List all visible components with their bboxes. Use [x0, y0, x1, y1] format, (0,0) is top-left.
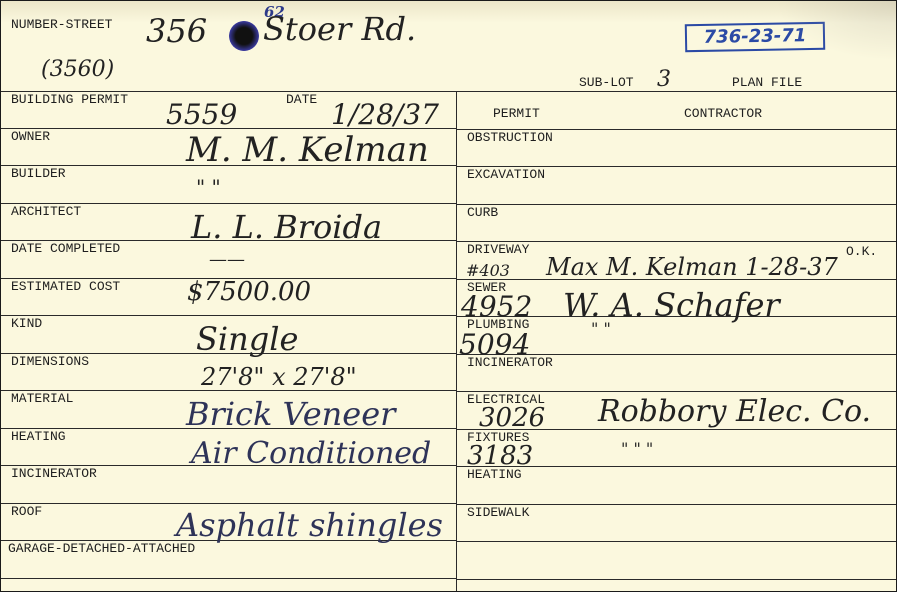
- driveway-label: DRIVEWAY: [467, 243, 529, 257]
- number-street-label: NUMBER-STREET: [11, 18, 112, 32]
- fixtures-contractor-value: " " ": [621, 441, 653, 457]
- row-rule: [1, 503, 456, 504]
- material-value: Brick Veneer: [186, 398, 395, 430]
- row-rule: [1, 578, 456, 579]
- row-rule: [456, 579, 897, 580]
- plumbing-permit-value: 5094: [459, 331, 530, 359]
- roof-value: Asphalt shingles: [176, 509, 443, 541]
- dimensions-label: DIMENSIONS: [11, 355, 89, 369]
- garage-label: GARAGE-DETACHED-ATTACHED: [8, 542, 195, 556]
- driveway-ok-note: O.K.: [846, 245, 877, 259]
- excavation-label: EXCAVATION: [467, 168, 545, 182]
- sewer-contractor-value: W. A. Schafer: [563, 289, 780, 321]
- architect-label: ARCHITECT: [11, 205, 81, 219]
- divider: [1, 91, 897, 92]
- building-permit-value: 5559: [166, 101, 237, 129]
- builder-label: BUILDER: [11, 167, 66, 181]
- electrical-permit-value: 3026: [479, 405, 545, 431]
- row-rule: [1, 315, 456, 316]
- material-label: MATERIAL: [11, 392, 73, 406]
- alt-number: (3560): [41, 59, 114, 81]
- driveway-permit-value: #403: [466, 263, 510, 279]
- roof-label: ROOF: [11, 505, 42, 519]
- row-rule: [456, 204, 897, 205]
- permit-card: NUMBER-STREET 356 62 Stoer Rd. (3560) 73…: [0, 0, 897, 592]
- fixtures-permit-value: 3183: [467, 443, 533, 469]
- sewer-permit-value: 4952: [461, 293, 532, 321]
- curb-label: CURB: [467, 206, 498, 220]
- date-label: DATE: [286, 93, 317, 107]
- incinerator-label: INCINERATOR: [11, 467, 97, 481]
- row-rule: [456, 541, 897, 542]
- contractor-column-header: CONTRACTOR: [684, 107, 762, 121]
- electrical-contractor-value: Robbory Elec. Co.: [598, 397, 871, 427]
- date-completed-value: ——: [209, 251, 245, 269]
- kind-label: KIND: [11, 317, 42, 331]
- owner-label: OWNER: [11, 130, 50, 144]
- date-completed-label: DATE COMPLETED: [11, 242, 120, 256]
- estimated-cost-value: $7500.00: [187, 279, 311, 305]
- sidewalk-label: SIDEWALK: [467, 506, 529, 520]
- heating-value: Air Conditioned: [191, 439, 431, 469]
- sub-lot-label: SUB-LOT: [579, 76, 634, 90]
- building-permit-label: BUILDING PERMIT: [11, 93, 128, 107]
- obstruction-label: OBSTRUCTION: [467, 131, 553, 145]
- driveway-contractor-value: Max M. Kelman 1-28-37: [546, 255, 838, 279]
- sub-lot-value: 3: [657, 69, 671, 91]
- builder-value: " ": [196, 177, 221, 197]
- kind-value: Single: [196, 323, 298, 355]
- heating-label: HEATING: [11, 430, 66, 444]
- street-value: Stoer Rd.: [263, 13, 416, 45]
- dimensions-value: 27'8" x 27'8": [201, 365, 357, 389]
- file-number-stamp: 736-23-71: [685, 22, 825, 52]
- architect-value: L. L. Broida: [191, 211, 382, 243]
- date-value: 1/28/37: [331, 101, 439, 129]
- corrected-digit-scribble: [229, 21, 259, 51]
- permit-column-header: PERMIT: [493, 107, 540, 121]
- estimated-cost-label: ESTIMATED COST: [11, 280, 120, 294]
- plan-file-label: PLAN FILE: [732, 76, 802, 90]
- plumbing-contractor-value: " ": [591, 321, 611, 337]
- number-value: 356: [146, 15, 207, 47]
- owner-value: M. M. Kelman: [186, 133, 429, 167]
